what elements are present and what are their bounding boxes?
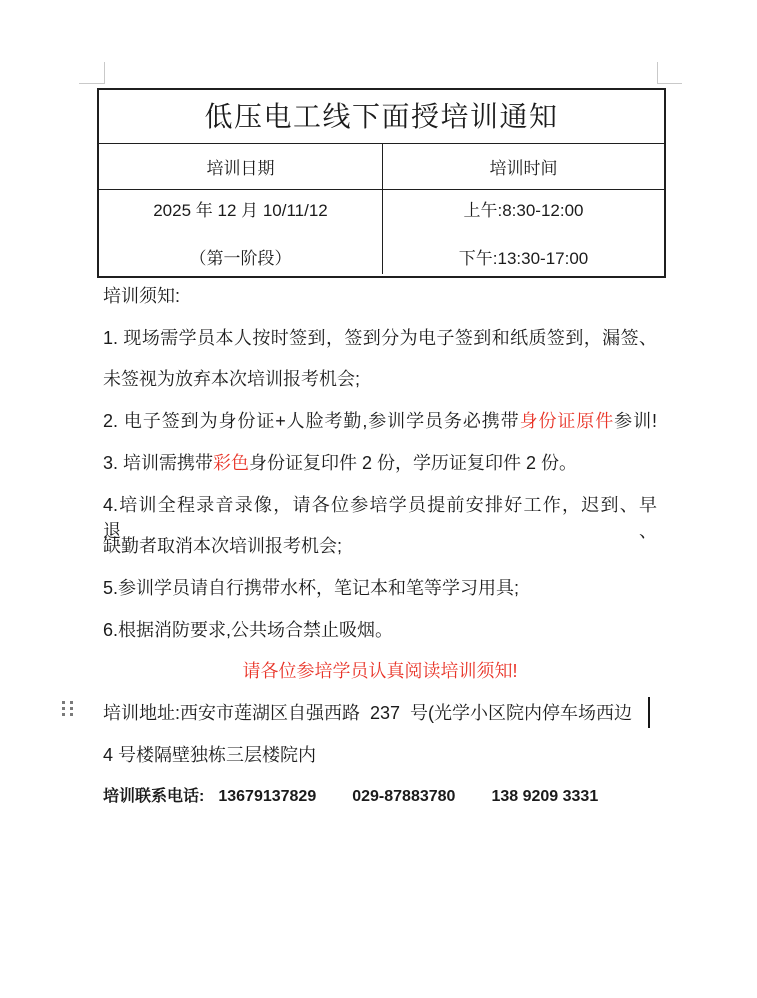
header-cell-training-time[interactable]: 培训时间 (382, 144, 664, 189)
reminder-text[interactable]: 请各位参培学员认真阅读培训须知! (103, 658, 657, 684)
header-cell-training-date[interactable]: 培训日期 (99, 144, 382, 189)
table-header-row: 培训日期 培训时间 (99, 144, 664, 190)
phone-line[interactable]: 培训联系电话: 13679137829 029-87883780 138 920… (103, 784, 657, 810)
notice-item-3[interactable]: 3. 培训需携带彩色身份证复印件 2 份，学历证复印件 2 份。 (103, 450, 657, 476)
notice-item-2-highlight: 身份证原件 (520, 411, 615, 431)
table-data-row: 2025 年 12 月 10/11/12 （第一阶段） 上午:8:30-12:0… (99, 190, 664, 274)
paragraph-drag-handle-icon[interactable] (62, 701, 73, 716)
text-boundary-mark-top-right-vertical (657, 62, 658, 84)
address-line-1[interactable]: 培训地址:西安市莲湖区自强西路 237 号(光学小区院内停车场西边 (103, 700, 657, 726)
text-boundary-mark-top-left-horizontal (79, 83, 104, 84)
notice-item-3-highlight: 彩色 (213, 453, 249, 473)
notice-item-1-line-1[interactable]: 1. 现场需学员本人按时签到，签到分为电子签到和纸质签到，漏签、 (103, 325, 657, 351)
address-line-2[interactable]: 4 号楼隔壁独栋三层楼院内 (103, 742, 657, 768)
training-time-morning: 上午:8:30-12:00 (463, 196, 583, 221)
notice-item-5[interactable]: 5.参训学员请自行携带水杯，笔记本和笔等学习用具; (103, 575, 657, 601)
text-boundary-mark-top-left-vertical (104, 62, 105, 84)
data-cell-training-date[interactable]: 2025 年 12 月 10/11/12 （第一阶段） (99, 190, 382, 274)
document-page: 低压电工线下面授培训通知 培训日期 培训时间 2025 年 12 月 10/11… (0, 0, 757, 998)
notice-item-3-text: 3. 培训需携带 (103, 453, 213, 473)
notice-item-2-text: 2. 电子签到为身份证+人脸考勤,参训学员务必携带 (103, 411, 520, 431)
training-date-value: 2025 年 12 月 10/11/12 (153, 196, 328, 221)
notice-item-4-line-2[interactable]: 缺勤者取消本次培训报考机会; (103, 533, 657, 559)
text-boundary-mark-top-right-horizontal (657, 83, 682, 84)
notice-heading[interactable]: 培训须知: (103, 283, 657, 309)
notice-item-3-suffix: 身份证复印件 2 份，学历证复印件 2 份。 (249, 453, 577, 473)
phone-number-2: 029-87883780 (352, 784, 455, 810)
training-notice-table: 低压电工线下面授培训通知 培训日期 培训时间 2025 年 12 月 10/11… (97, 88, 666, 278)
table-title[interactable]: 低压电工线下面授培训通知 (99, 90, 664, 144)
notice-item-1-line-2[interactable]: 未签视为放弃本次培训报考机会; (103, 366, 657, 392)
data-cell-training-time[interactable]: 上午:8:30-12:00 下午:13:30-17:00 (382, 190, 664, 274)
phone-label: 培训联系电话: (103, 784, 204, 810)
training-stage-value: （第一阶段） (190, 244, 292, 269)
training-time-afternoon: 下午:13:30-17:00 (459, 244, 588, 269)
text-caret (648, 697, 650, 728)
notice-item-2-suffix: 参训! (614, 411, 657, 431)
notice-item-6[interactable]: 6.根据消防要求,公共场合禁止吸烟。 (103, 617, 657, 643)
phone-number-1: 13679137829 (218, 784, 316, 810)
phone-number-3: 138 9209 3331 (491, 784, 598, 810)
notice-item-2[interactable]: 2. 电子签到为身份证+人脸考勤,参训学员务必携带身份证原件参训! (103, 408, 657, 434)
